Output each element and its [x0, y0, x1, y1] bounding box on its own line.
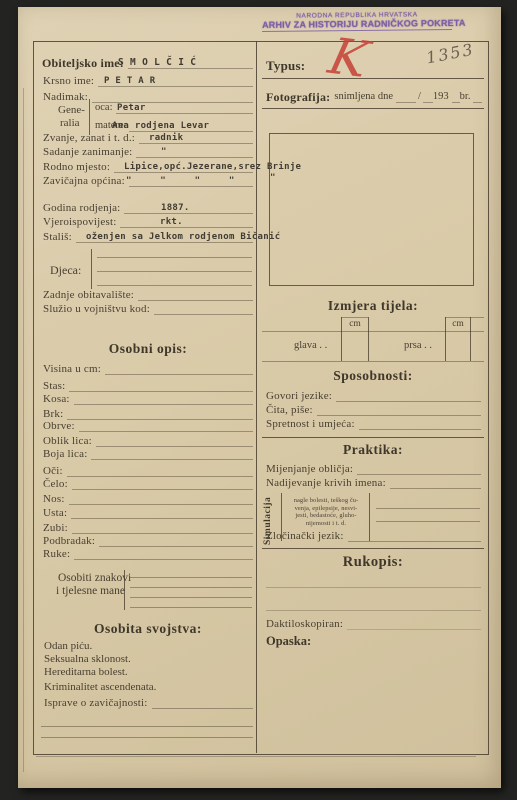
field-cita-pise: Čita, piše: — [266, 402, 481, 416]
fill-line — [336, 387, 481, 402]
field-usta: Usta: — [43, 505, 253, 519]
children-line-2 — [97, 271, 252, 272]
practice-heading: Praktika: — [262, 442, 484, 458]
simulation-line-2 — [376, 521, 480, 522]
cm-box1-right — [368, 317, 369, 361]
fill-line — [72, 475, 253, 490]
fill-line — [120, 213, 253, 228]
fill-line — [347, 615, 481, 630]
cm-box2-top — [445, 317, 484, 318]
fill-line — [105, 360, 253, 375]
field-boja-lica: Boja lica: — [43, 446, 253, 460]
fill-line — [473, 88, 482, 103]
field-kosa: Kosa: — [43, 391, 253, 405]
field-sadanje-zanimanje: Sadanje zanimanje: " — [43, 144, 253, 158]
field-obiteljsko-ime: Obiteljsko ime: S M O L Č I Ć — [42, 52, 253, 69]
photo-rule — [262, 108, 484, 109]
special-marks-label-2: i tjelesne mane — [56, 585, 125, 597]
handwriting-line-2 — [266, 610, 481, 611]
measure-table-bottomline — [262, 361, 484, 362]
field-obrve: Obrve: — [43, 418, 253, 432]
residency-line-1 — [41, 726, 253, 727]
field-celo: Čelo: — [43, 476, 253, 490]
fill-line — [74, 390, 253, 405]
children-line-1 — [97, 257, 252, 258]
field-godina-rodjenja: Godina rodjenja: 1887. — [43, 200, 253, 214]
generalia-label-bottom: ralia — [60, 117, 80, 129]
measure-table-midline — [262, 331, 484, 332]
current-job-value: " — [161, 147, 167, 157]
fill-line — [91, 445, 253, 460]
simulation-line-1 — [376, 508, 480, 509]
fill-line — [138, 286, 253, 301]
field-zadnje-obitavaliste: Zadnje obitavalište: — [43, 287, 253, 301]
special-marks-line-3 — [130, 597, 252, 598]
simulation-description: nagle bolesti, teškog ču- venja, epileps… — [285, 497, 367, 527]
field-nos: Nos: — [43, 491, 253, 505]
father-value: Petar — [117, 103, 146, 113]
fill-line — [71, 504, 253, 519]
birth-year-value: 1887. — [161, 203, 190, 213]
fill-line — [423, 88, 433, 103]
trait-seksualna-sklonost: Seksualna sklonost. — [44, 653, 131, 665]
field-rodno-mjesto: Rodno mjesto: Lipice,opć.Jezerane,srez B… — [43, 159, 253, 173]
fill-line — [348, 527, 481, 542]
form-border-shadow — [36, 756, 476, 757]
field-nadijevanje-imena: Nadijevanje krivih imena: — [266, 475, 481, 489]
abilities-heading: Sposobnosti: — [262, 368, 484, 384]
column-divider — [256, 41, 257, 753]
body-measurement-heading: Izmjera tijela: — [262, 298, 484, 314]
handwriting-line-1 — [266, 587, 481, 588]
field-zavicajna-opcina: Zavičajna općina: " " " " — [43, 173, 253, 187]
residency-line-2 — [41, 737, 253, 738]
abilities-rule — [262, 437, 484, 438]
special-marks-label-1: Osobiti znakovi — [58, 572, 131, 584]
fill-line — [79, 417, 253, 432]
typus-rule — [262, 78, 484, 79]
first-name-value: P E T A R — [104, 76, 155, 86]
fill-line — [390, 474, 481, 489]
field-stalis: Stališ: oženjen sa Jelkom rodjenom Bičan… — [43, 229, 253, 243]
field-fotografija: Fotografija: snimljena dne / 193 br. — [266, 89, 482, 103]
field-ruke: Ruke: — [43, 546, 253, 560]
field-isprave: Isprave o zavičajnosti: — [44, 695, 253, 709]
personal-description-heading: Osobni opis: — [42, 341, 254, 357]
field-vjeroispovijest: Vjeroispovijest: rkt. — [43, 214, 253, 228]
generalia-label-top: Gene- — [58, 104, 85, 116]
field-krsno-ime: Krsno ime: P E T A R — [43, 73, 253, 87]
cm-box1-top — [341, 317, 368, 318]
trait-hereditarna-bolest: Hereditarna bolest. — [44, 666, 128, 678]
cm-unit-2: cm — [446, 319, 470, 329]
criminal-language-rule — [262, 548, 484, 549]
special-marks-line-1 — [130, 577, 252, 578]
fill-line — [359, 415, 481, 430]
head-measure-label: glava . . — [294, 340, 327, 351]
fill-line — [396, 88, 416, 103]
fill-line — [152, 694, 253, 709]
special-marks-bracket — [124, 570, 125, 610]
fill-line — [136, 143, 253, 158]
remark-label: Opaska: — [266, 634, 311, 649]
fill-line — [452, 88, 460, 103]
field-daktiloskopiran: Daktiloskopiran: — [266, 616, 481, 630]
fill-line — [74, 545, 253, 560]
religion-value: rkt. — [160, 217, 183, 227]
fill-line — [69, 490, 253, 505]
trait-odan-picu: Odan piću. — [44, 640, 92, 652]
field-zlocinacki-jezik: Zločinački jezik: — [266, 528, 481, 542]
occupation-value: radnik — [149, 133, 183, 143]
handwriting-heading: Rukopis: — [262, 554, 484, 571]
cm-unit-1: cm — [342, 319, 368, 329]
field-sluzio-u-vojnistvu: Služio u vojništvu kod: — [43, 301, 253, 315]
children-bracket — [91, 249, 92, 289]
trait-kriminalitet: Kriminalitet ascendenata. — [44, 681, 156, 693]
special-marks-line-4 — [130, 607, 252, 608]
children-label: Djeca: — [50, 263, 81, 278]
cm-box2-right — [470, 317, 471, 361]
chest-measure-label: prsa . . — [404, 340, 432, 351]
special-traits-heading: Osobita svojstva: — [42, 621, 254, 637]
home-municipality-value: " " " " — [126, 176, 235, 186]
field-oca: oca: Petar — [95, 100, 253, 114]
marital-status-value: oženjen sa Jelkom rodjenom Bičanić — [86, 232, 280, 242]
under-sheet-edge — [23, 88, 24, 772]
field-visina: Visina u cm: — [43, 361, 253, 375]
field-spretnost: Spretnost i umjeća: — [266, 416, 481, 430]
fill-line — [357, 460, 481, 475]
photo-box — [269, 133, 474, 286]
field-mijenjanje-oblicja: Mijenjanje obličja: — [266, 461, 481, 475]
family-name-value: S M O L Č I Ć — [118, 58, 196, 68]
fill-line — [317, 401, 481, 416]
fill-line — [154, 300, 253, 315]
scanned-record-form: NARODNA REPUBLIKA HRVATSKA ARHIV ZA HIST… — [0, 0, 517, 800]
field-zvanje: Zvanje, zanat i t. d.: radnik — [43, 130, 253, 144]
field-govori-jezike: Govori jezike: — [266, 388, 481, 402]
special-marks-line-2 — [130, 587, 252, 588]
